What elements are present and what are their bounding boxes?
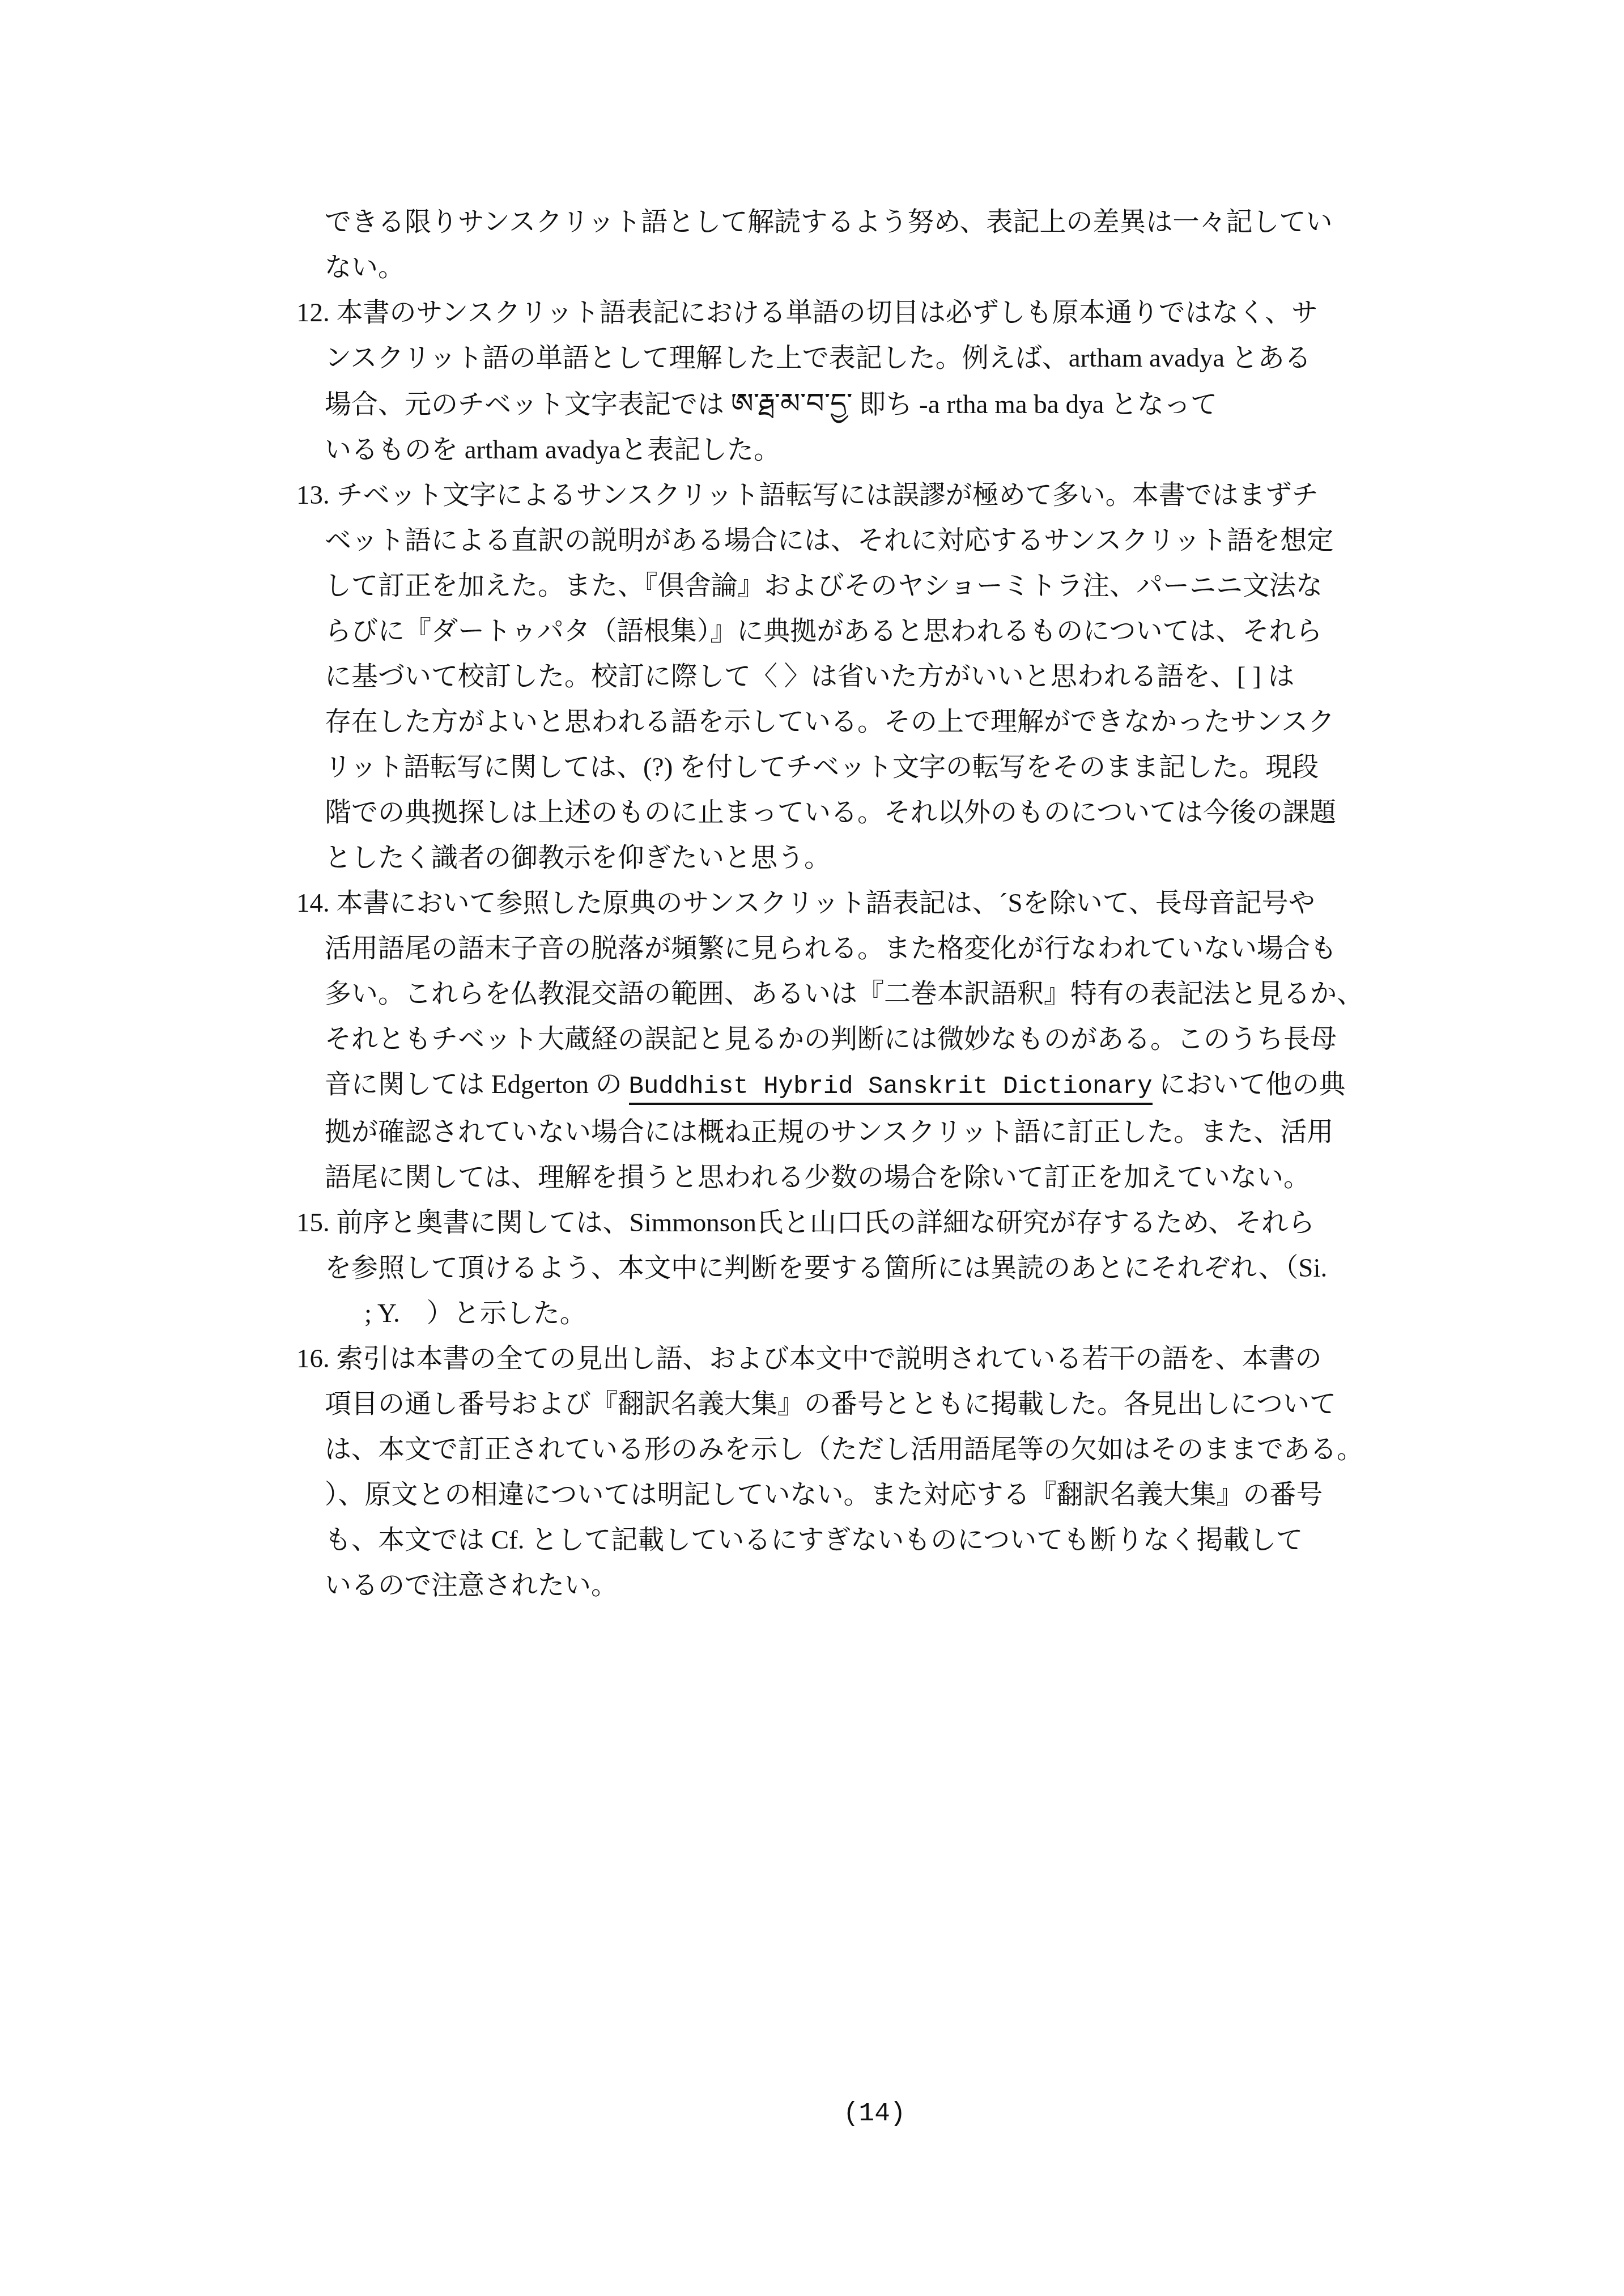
text-line: 場合、元のチベット文字表記では ཨ་རྠ་མ་བ་དྱ་ 即ち -a rtha … — [296, 381, 1478, 427]
text-line: それともチベット大蔵経の誤記と見るかの判断には微妙なものがある。このうち長母 — [296, 1017, 1478, 1062]
text-line: いるので注意されたい。 — [296, 1563, 1478, 1608]
text-line: は、本文で訂正されている形のみを示し（ただし活用語尾等の欠如はそのままである。 — [296, 1427, 1478, 1472]
text-segment: において他の典 — [1153, 1070, 1346, 1099]
text-line: ない。 — [296, 245, 1478, 290]
text-line: して訂正を加えた。また、『倶舎論』およびそのヤショーミトラ注、パーニニ文法な — [296, 563, 1478, 609]
text-line: を参照して頂けるよう、本文中に判断を要する箇所には異読のあとにそれぞれ、（Si. — [296, 1245, 1478, 1291]
text-line: 多い。これらを仏教混交語の範囲、あるいは『二巻本訳語釈』特有の表記法と見るか、 — [296, 971, 1478, 1017]
page-number: (14) — [843, 2097, 905, 2131]
text-line: できる限りサンスクリット語として解読するよう努め、表記上の差異は一々記してい — [296, 199, 1478, 245]
text-line: 活用語尾の語末子音の脱落が頻繁に見られる。また格変化が行なわれていない場合も — [296, 926, 1478, 971]
text-line: 音に関しては Edgerton の Buddhist Hybrid Sanskr… — [296, 1062, 1478, 1109]
underlined-book-title: Buddhist Hybrid Sanskrit Dictionary — [629, 1073, 1153, 1105]
text-segment: 音に関しては Edgerton の — [325, 1070, 629, 1099]
text-line: ）、原文との相違については明記していない。また対応する『翻訳名義大集』の番号 — [296, 1472, 1478, 1517]
text-line: としたく識者の御教示を仰ぎたいと思う。 — [296, 835, 1478, 881]
text-line: ベット語による直訳の説明がある場合には、それに対応するサンスクリット語を想定 — [296, 518, 1478, 563]
text-line: 拠が確認されていない場合には概ね正規のサンスクリット語に訂正した。また、活用 — [296, 1109, 1478, 1155]
document-page: できる限りサンスクリット語として解読するよう努め、表記上の差異は一々記してい な… — [0, 0, 1624, 2296]
text-line: ; Y. ）と示した。 — [296, 1291, 1478, 1336]
text-line: ンスクリット語の単語として理解した上で表記した。例えば、artham avady… — [296, 335, 1478, 381]
text-line: 語尾に関しては、理解を損うと思われる少数の場合を除いて訂正を加えていない。 — [296, 1155, 1478, 1200]
text-line: リット語転写に関しては、(?) を付してチベット文字の転写をそのまま記した。現段 — [296, 745, 1478, 790]
text-line: 階での典拠探しは上述のものに止まっている。それ以外のものについては今後の課題 — [296, 790, 1478, 835]
item-16-line: 16. 索引は本書の全ての見出し語、および本文中で説明されている若干の語を、本書… — [296, 1336, 1478, 1381]
text-block: できる限りサンスクリット語として解読するよう努め、表記上の差異は一々記してい な… — [296, 199, 1478, 1608]
item-12-line: 12. 本書のサンスクリット語表記における単語の切目は必ずしも原本通りではなく、… — [296, 290, 1478, 335]
text-segment: 即ち -a rtha ma ba dya となって — [853, 390, 1217, 419]
item-13-line: 13. チベット文字によるサンスクリット語転写には誤謬が極めて多い。本書ではまず… — [296, 473, 1478, 518]
text-line: いるものを artham avadyaと表記した。 — [296, 427, 1478, 473]
tibetan-script-inline: ཨ་རྠ་མ་བ་དྱ་ — [731, 388, 853, 419]
text-line: らびに『ダートゥパタ（語根集）』に典拠があると思われるものについては、それら — [296, 609, 1478, 654]
text-line: 項目の通し番号および『翻訳名義大集』の番号とともに掲載した。各見出しについて — [296, 1381, 1478, 1427]
text-line: 存在した方がよいと思われる語を示している。その上で理解ができなかったサンスク — [296, 699, 1478, 745]
text-segment: 場合、元のチベット文字表記では — [325, 390, 731, 419]
text-line: も、本文では Cf. として記載しているにすぎないものについても断りなく掲載して — [296, 1517, 1478, 1563]
item-14-line: 14. 本書において参照した原典のサンスクリット語表記は、´Sを除いて、長母音記… — [296, 881, 1478, 926]
text-line: に基づいて校訂した。校訂に際して〈 〉は省いた方がいいと思われる語を、[ ] は — [296, 654, 1478, 699]
item-15-line: 15. 前序と奥書に関しては、Simmonson氏と山口氏の詳細な研究が存するた… — [296, 1200, 1478, 1245]
